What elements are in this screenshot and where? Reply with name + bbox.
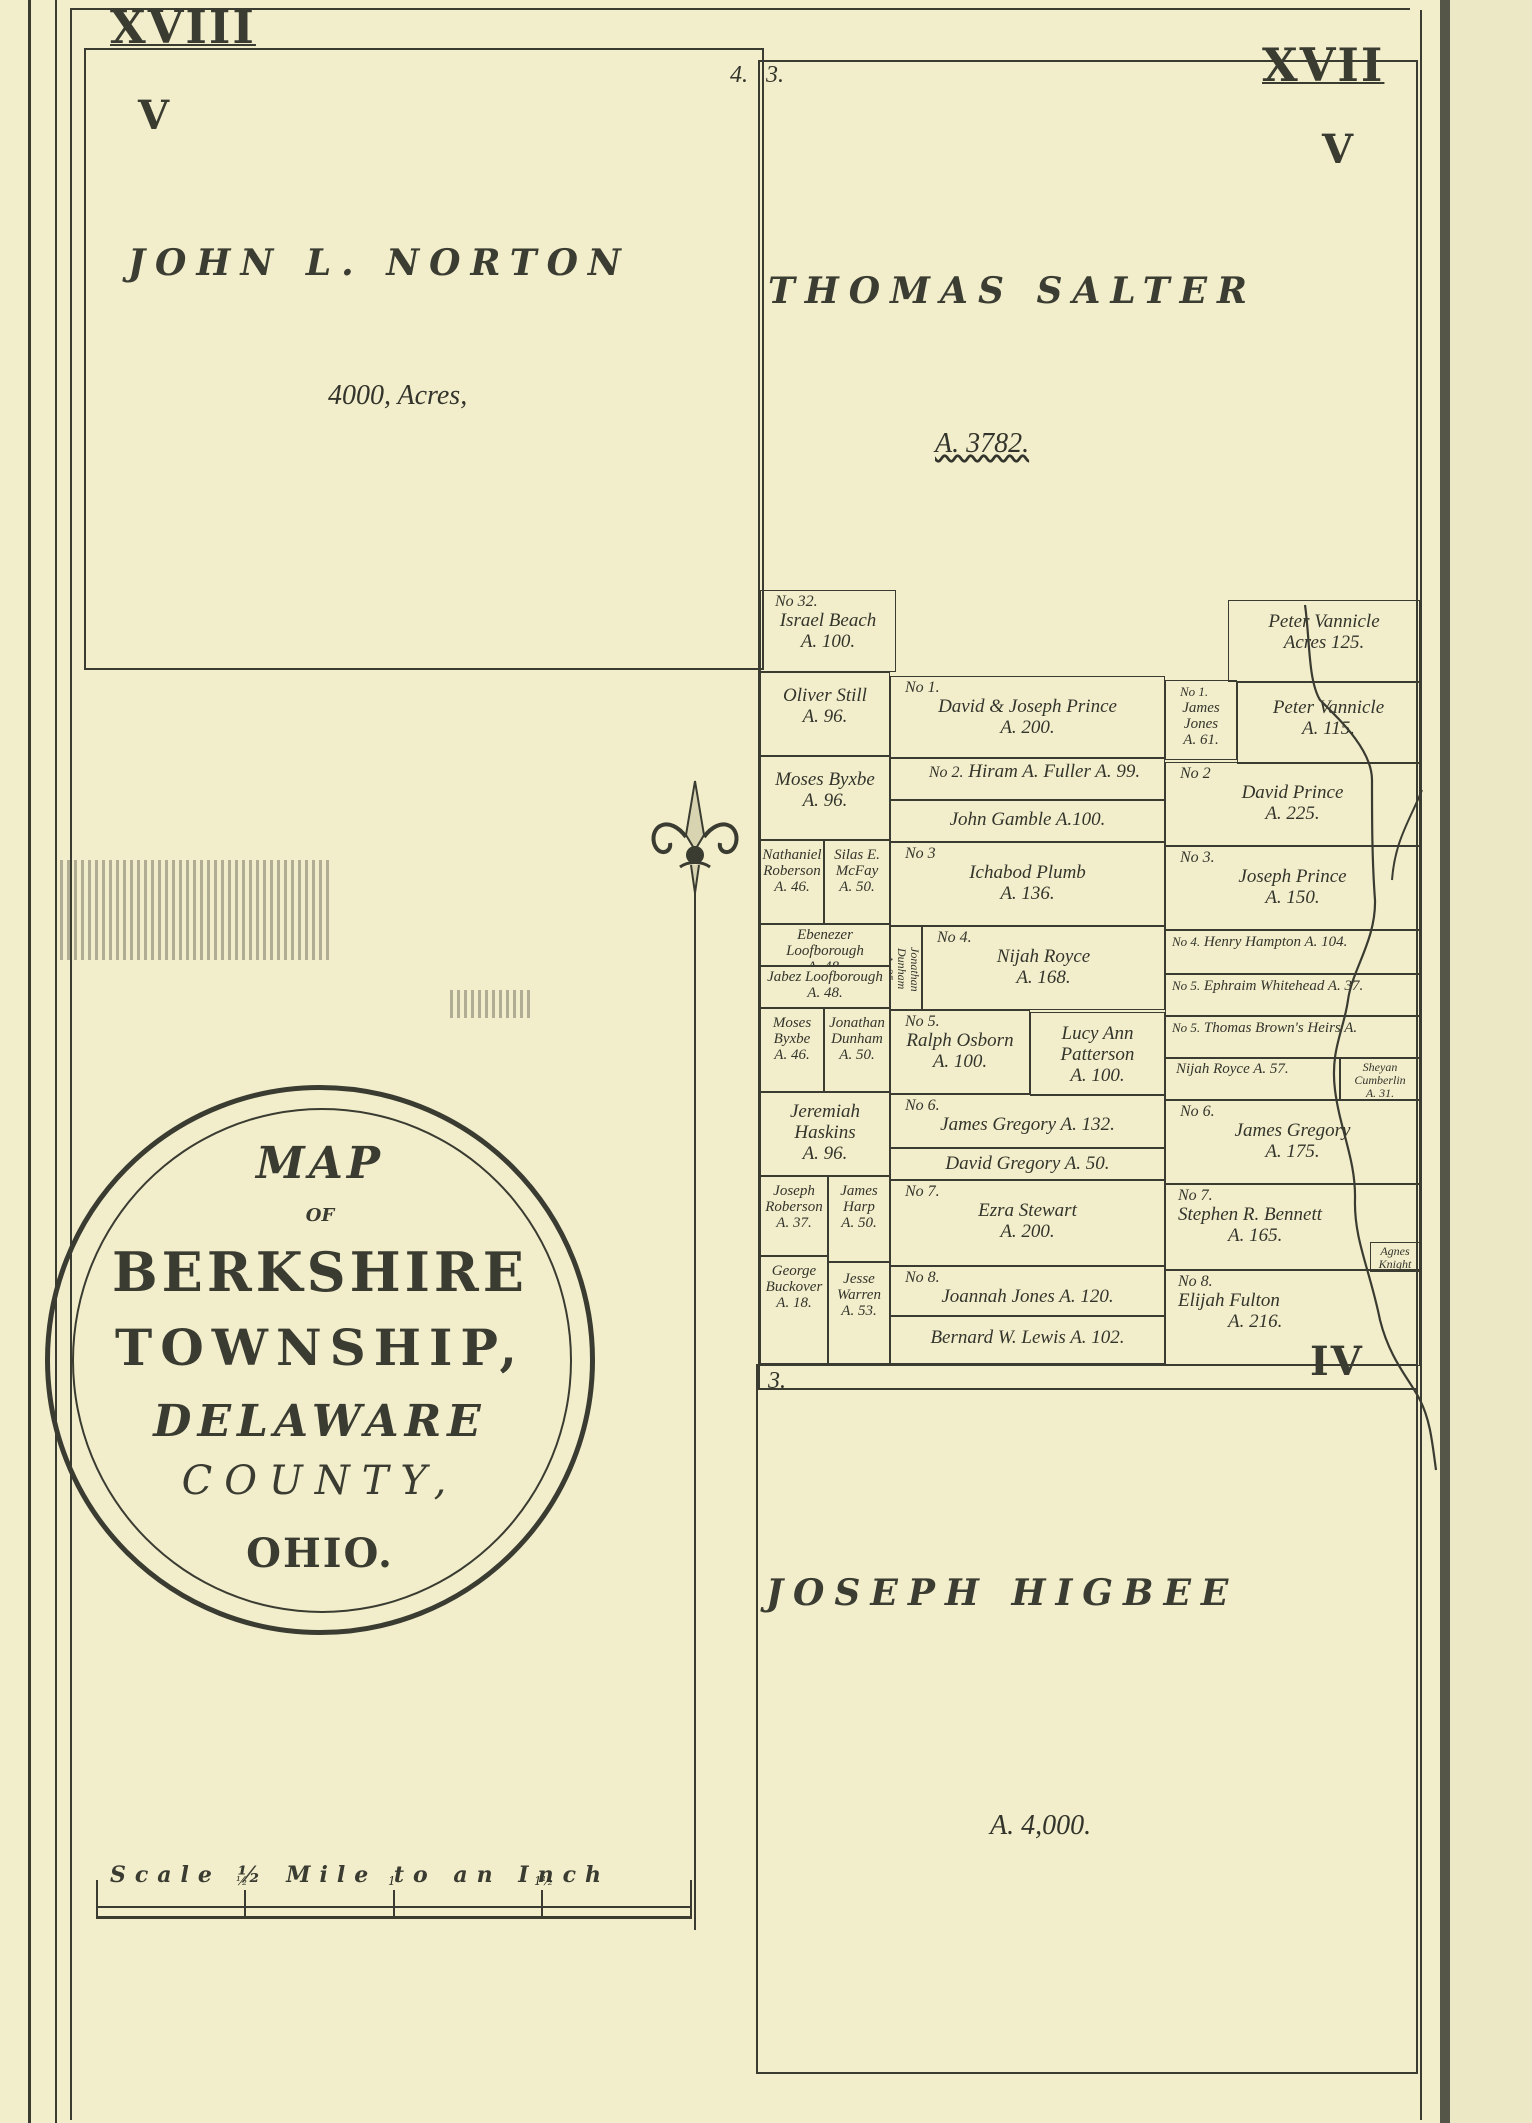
scale-tick-half: ½ <box>236 1874 248 1888</box>
scale-bar: ½ 1 1½ <box>96 1880 692 1920</box>
title-map: MAP <box>60 1138 580 1189</box>
compass-fleur-de-lis-icon <box>640 775 750 1915</box>
title-delaware: DELAWARE <box>60 1396 580 1447</box>
faded-mark <box>450 990 530 1018</box>
title-of: OF <box>60 1205 580 1226</box>
title-township: TOWNSHIP, <box>60 1318 580 1377</box>
scale-tick-one-half: 1½ <box>534 1874 553 1888</box>
title-county: COUNTY, <box>60 1458 580 1504</box>
faded-text-smudge <box>60 860 330 960</box>
title-ohio: OHIO. <box>60 1530 580 1577</box>
river-line <box>0 0 1532 2123</box>
title-berkshire: BERKSHIRE <box>60 1240 580 1304</box>
scale-tick-one: 1 <box>388 1874 396 1888</box>
